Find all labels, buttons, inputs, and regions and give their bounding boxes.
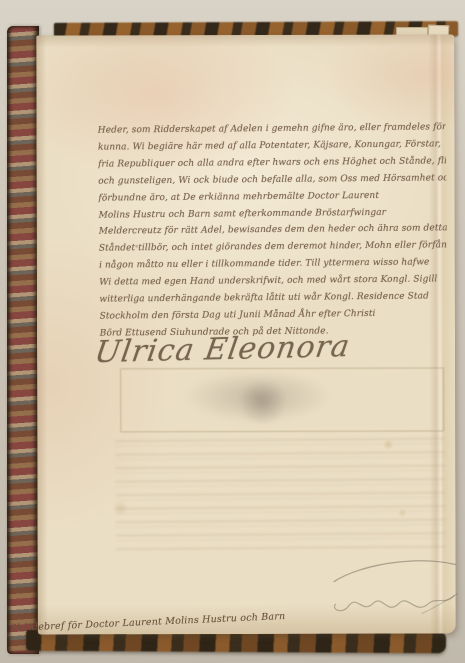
reverse-text-showthrough — [115, 438, 446, 551]
pencil-flourish-mark — [326, 549, 465, 619]
manuscript-line: witterliga underhängande bekräfta låtit … — [99, 288, 447, 308]
manuscript-line: och gunsteligen, Wi ock biude och befall… — [98, 170, 446, 190]
manuscript-page: Heder, som Ridderskapet af Adelen i geme… — [36, 34, 456, 634]
manuscript-text: Heder, som Ridderskapet af Adelen i geme… — [98, 119, 448, 342]
book-scan: Heder, som Ridderskapet af Adelen i geme… — [0, 0, 465, 663]
marbled-cover-edge — [7, 26, 39, 654]
frame-showthrough — [120, 367, 444, 432]
